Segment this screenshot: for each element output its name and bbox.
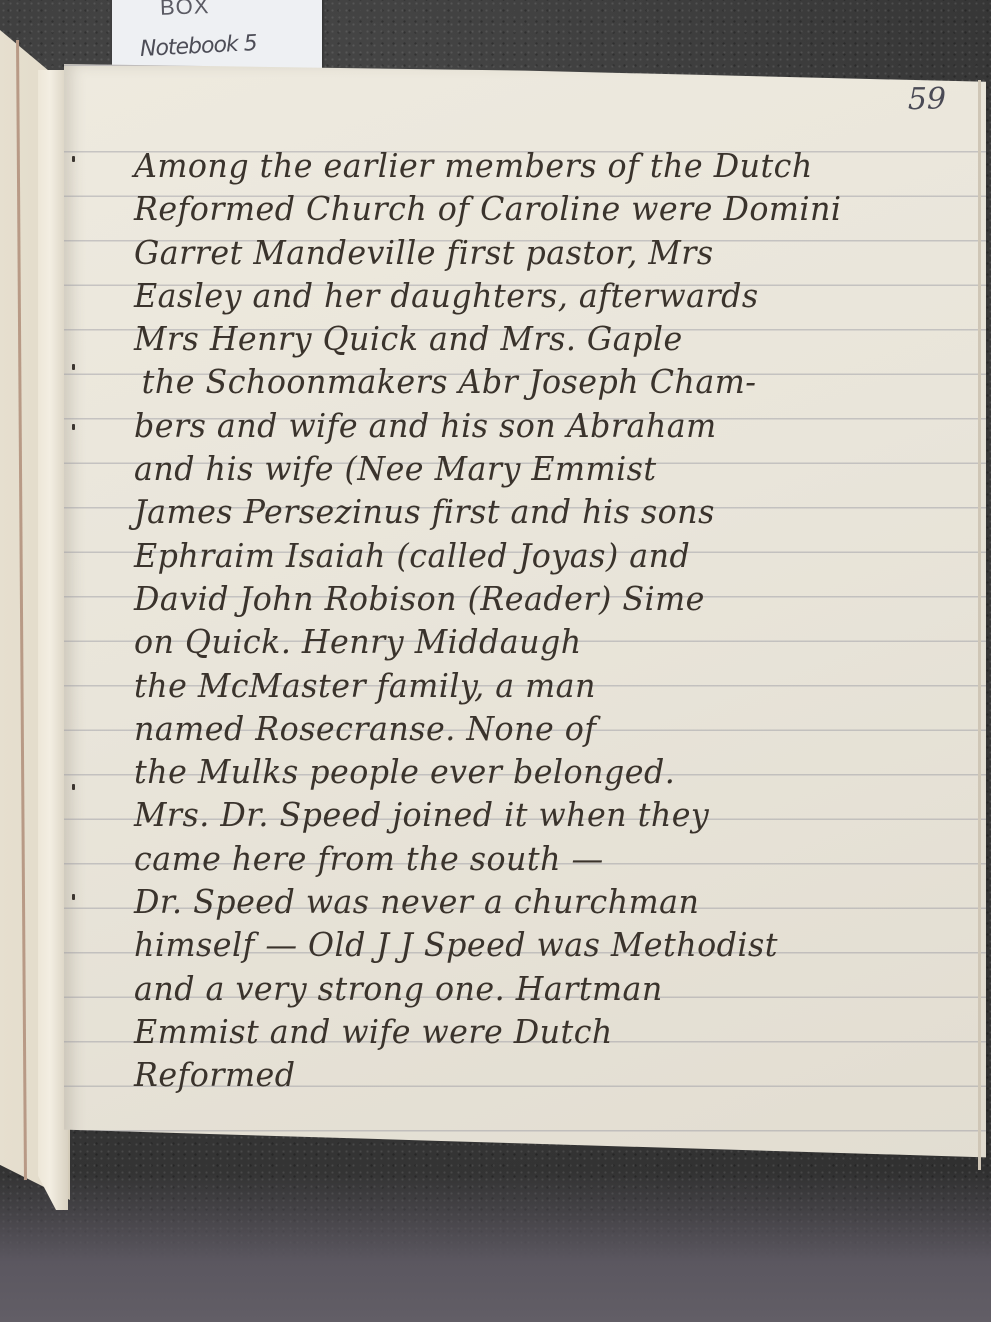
text-line: James Persezinus first and his sons — [134, 490, 931, 533]
text-line: himself — Old J J Speed was Methodist — [134, 923, 931, 966]
text-line: Reformed — [134, 1053, 931, 1096]
text-line: came here from the south — — [134, 837, 931, 880]
text-line: the McMaster family, a man — [134, 664, 931, 707]
text-line: Easley and her daughters, afterwards — [134, 274, 931, 317]
binding-stitch — [72, 364, 75, 370]
text-line: Among the earlier members of the Dutch — [134, 144, 931, 187]
binding-stitch — [72, 156, 75, 162]
photo-scene: BOX Notebook 5 59 Among the earlier memb… — [0, 0, 991, 1322]
text-line: Reformed Church of Caroline were Domini — [134, 187, 931, 230]
text-line: on Quick. Henry Middaugh — [134, 620, 931, 663]
binding-stitch — [72, 784, 75, 790]
text-line: Mrs. Dr. Speed joined it when they — [134, 793, 931, 836]
binding-stitch — [72, 424, 75, 430]
text-line: Mrs Henry Quick and Mrs. Gaple — [134, 317, 931, 360]
text-line: Dr. Speed was never a churchman — [134, 880, 931, 923]
text-line: and his wife (Nee Mary Emmist — [134, 447, 931, 490]
binding-stitch — [72, 894, 75, 900]
label-box-text: BOX — [160, 0, 210, 21]
background-foam-shadow — [0, 1172, 991, 1322]
page-number: 59 — [908, 82, 946, 117]
text-line: the Mulks people ever belonged. — [134, 750, 931, 793]
text-line: the Schoonmakers Abr Joseph Cham- — [134, 360, 931, 403]
text-line: Ephraim Isaiah (called Joyas) and — [134, 534, 931, 577]
handwritten-text: Among the earlier members of the Dutch R… — [134, 144, 964, 1097]
text-line: Garret Mandeville first pastor, Mrs — [134, 231, 931, 274]
notebook-page: 59 Among the earlier members of the Dutc… — [64, 64, 986, 1174]
text-line: Emmist and wife were Dutch — [134, 1010, 931, 1053]
text-line: bers and wife and his son Abraham — [134, 404, 931, 447]
page-right-edge — [978, 80, 981, 1170]
text-line: named Rosecranse. None of — [134, 707, 931, 750]
text-line: David John Robison (Reader) Sime — [134, 577, 931, 620]
text-line: and a very strong one. Hartman — [134, 967, 931, 1010]
page-gutter — [38, 70, 68, 1210]
